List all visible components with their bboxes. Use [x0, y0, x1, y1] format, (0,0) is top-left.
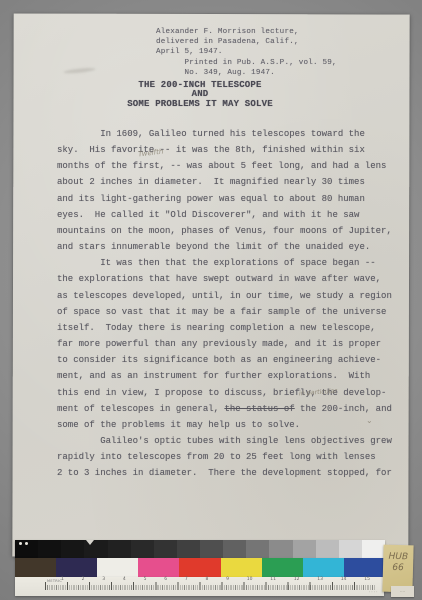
- headnote-line: April 5, 1947.: [156, 47, 337, 57]
- body-line: 2 to 3 inches in diameter. There the dev…: [57, 465, 392, 481]
- body-line: itself. Today there is nearing completio…: [57, 320, 392, 336]
- color-patch-blue: [344, 558, 385, 577]
- grayscale-step: [131, 540, 154, 558]
- headnote-line: Printed in Pub. A.S.P., vol. 59,: [156, 58, 337, 68]
- ruler-number: 15: [364, 577, 370, 582]
- body-line: Galileo's optic tubes with single lens o…: [57, 433, 392, 449]
- body-line: as telescopes developed, until, in our t…: [57, 288, 392, 304]
- ruler-numbers: 123456789101112131415: [61, 577, 370, 582]
- scanner-background: { "scan": { "background_color": "#8d8d8d…: [0, 0, 422, 600]
- body-line: In 1609, Galileo turned his telescopes t…: [57, 126, 392, 142]
- headnote-line: delivered in Pasadena, Calif.,: [156, 37, 337, 47]
- ruler-number: 4: [123, 577, 126, 582]
- grayscale-step: [61, 540, 84, 558]
- body-line: the explorations that have swept outward…: [57, 271, 392, 287]
- body-line: far more powerful than any previously ma…: [57, 336, 392, 352]
- ruler-number: 5: [144, 577, 147, 582]
- title-line: SOME PROBLEMS IT MAY SOLVE: [57, 100, 343, 109]
- body-line: mountains on the moon, phases of Venus, …: [57, 223, 392, 239]
- body-line: ment, and as an instrument for further e…: [57, 368, 392, 384]
- grayscale-step: [108, 540, 131, 558]
- body-line: some of the problems it may help us to s…: [57, 417, 392, 433]
- body-line: rapidly into telescopes from 20 to 25 fe…: [57, 449, 392, 465]
- grayscale-step: [316, 540, 339, 558]
- color-patch-yellow: [221, 558, 262, 577]
- headnote-line: No. 349, Aug. 1947.: [156, 68, 337, 78]
- ruler-number: 3: [102, 577, 105, 582]
- body-line: of space so vast that it may be a fair s…: [57, 304, 392, 320]
- body-segment: the 200-inch, and: [295, 404, 392, 414]
- ruler-number: 11: [270, 577, 276, 582]
- ruler-number: 9: [226, 577, 229, 582]
- grayscale-step: [223, 540, 246, 558]
- body-line: ment of telescopes in general, the statu…: [57, 401, 392, 417]
- color-patch-white: [97, 558, 138, 577]
- grayscale-step: [38, 540, 61, 558]
- staple-hole: [19, 542, 22, 545]
- grayscale-wedge: [15, 540, 385, 558]
- pencil-caret-mark: ⌄: [366, 416, 373, 425]
- grayscale-step: [293, 540, 316, 558]
- document-title: THE 200-INCH TELESCOPEANDSOME PROBLEMS I…: [57, 81, 343, 109]
- color-control-patches: [15, 558, 385, 577]
- ruler-number: 1: [61, 577, 64, 582]
- ruler-number: 13: [317, 577, 323, 582]
- color-patch-dark-blue: [56, 558, 97, 577]
- grayscale-step: [246, 540, 269, 558]
- grayscale-step: [154, 540, 177, 558]
- body-line: and stars innumerable beyond the limit o…: [57, 239, 392, 255]
- ruler-fine-print: ····: [368, 591, 378, 595]
- body-line: about 2 inches in diameter. It magnified…: [57, 174, 392, 190]
- wedge-notch: [86, 540, 94, 545]
- headnote-line: Alexander F. Morrison lecture,: [156, 27, 337, 37]
- ruler-number: 10: [247, 577, 253, 582]
- ruler-number: 12: [294, 577, 300, 582]
- ruler-number: 2: [82, 577, 85, 582]
- body-line: and its light-gathering power was equal …: [57, 191, 392, 207]
- grayscale-step: [269, 540, 292, 558]
- metric-ruler: METRIC 123456789101112131415 ····: [15, 577, 384, 596]
- ruler-major-ticks: [45, 582, 376, 590]
- body-line: this end in view, I propose to discuss, …: [57, 385, 392, 401]
- sticky-note-line1: HUB: [383, 552, 413, 564]
- sticky-note-line2: 66: [383, 563, 413, 575]
- color-patch-dark-brown: [15, 558, 56, 577]
- color-patch-cyan: [303, 558, 344, 577]
- headnote: Alexander F. Morrison lecture,delivered …: [156, 27, 337, 78]
- ruler-number: 14: [341, 577, 347, 582]
- small-archive-label: ····: [391, 586, 414, 597]
- body-line: It was then that the explorations of spa…: [57, 255, 392, 271]
- grayscale-step: [177, 540, 200, 558]
- body-line: months of the first, -- was about 5 feet…: [57, 158, 392, 174]
- grayscale-step: [200, 540, 223, 558]
- grayscale-step: [362, 540, 385, 558]
- body-segment: ment of telescopes in general,: [57, 404, 224, 414]
- color-patch-red: [179, 558, 220, 577]
- ruler-number: 7: [185, 577, 188, 582]
- body-line: sky. His favorite -- it was the 8th, fin…: [57, 142, 392, 158]
- color-patch-green: [262, 558, 303, 577]
- body-line: eyes. He called it "Old Discoverer", and…: [57, 207, 392, 223]
- body-line: to consider its significance both as an …: [57, 352, 392, 368]
- body-text: In 1609, Galileo turned his telescopes t…: [57, 126, 392, 481]
- color-patch-magenta: [138, 558, 179, 577]
- grayscale-step: [339, 540, 362, 558]
- struck-text: the status of: [224, 404, 294, 414]
- ruler-number: 8: [205, 577, 208, 582]
- ruler-number: 6: [164, 577, 167, 582]
- staple-hole: [25, 542, 28, 545]
- paper-smudge: [63, 67, 95, 74]
